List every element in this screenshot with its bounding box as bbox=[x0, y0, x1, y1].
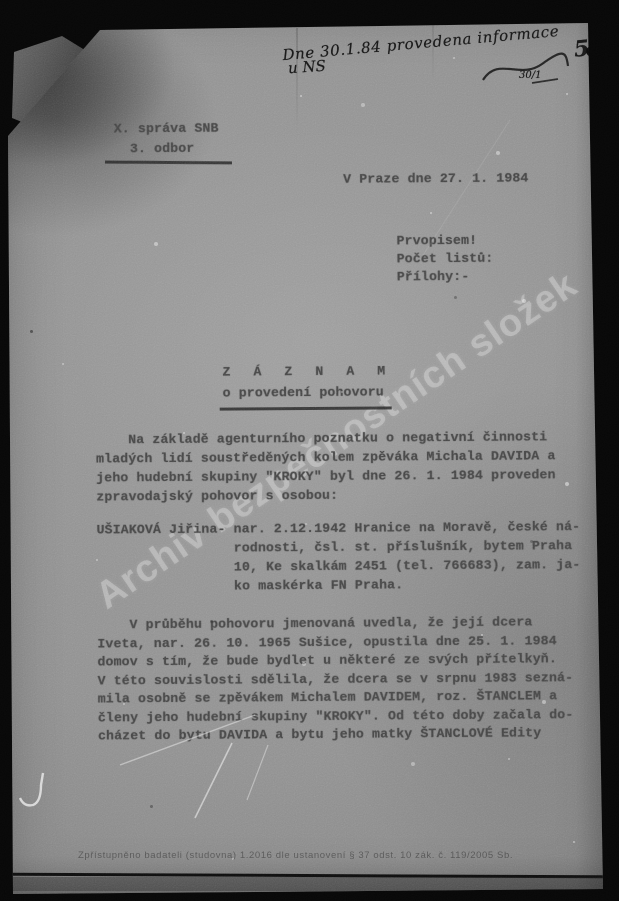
document-subtitle: o provedení pohovoru bbox=[223, 384, 384, 401]
office-line-1: X. správa SNB bbox=[114, 121, 219, 138]
typewritten-content: X. správa SNB 3. odbor V Praze dne 27. 1… bbox=[0, 0, 619, 901]
paragraph-line: rodnosti, čsl. st. příslušník, bytem Pra… bbox=[97, 538, 573, 557]
paragraph-line: ko maskérka FN Praha. bbox=[97, 577, 403, 595]
paragraph-line: V průběhu pohovoru jmenovaná uvedla, že … bbox=[97, 614, 532, 633]
paragraph-line: UŠIAKOVÁ Jiřina- nar. 2.12.1942 Hranice … bbox=[96, 519, 580, 538]
paragraph-line: 10, Ke skalkám 2451 (tel. 766683), zam. … bbox=[97, 557, 581, 576]
paragraph-line: mladých lidí soustředěných kolem zpěváka… bbox=[96, 448, 555, 467]
title-underline bbox=[220, 406, 392, 410]
paper-sheet: Archiv bezpečnostních složek X. správa S… bbox=[0, 0, 619, 901]
place-date-line: V Praze dne 27. 1. 1984 bbox=[343, 170, 528, 187]
handwritten-note-line2: u NS bbox=[287, 57, 326, 78]
page-bottom-shadow bbox=[8, 877, 608, 891]
dark-speckles bbox=[0, 0, 3, 3]
paragraph-line: zpravodajský pohovor s osobou: bbox=[96, 488, 338, 506]
paragraph-line: V této souvislosti sdělila, že dcera se … bbox=[98, 670, 574, 689]
header-underline bbox=[105, 161, 232, 165]
copy-note: Prvopisem! bbox=[396, 233, 477, 250]
paragraph-line: jeho hudební skupiny "KROKY" byl dne 26.… bbox=[96, 467, 555, 486]
scanned-document-page: Archiv bezpečnostních složek X. správa S… bbox=[0, 0, 619, 901]
digitization-note: Zpřístupněno badateli (studovna) 1.2016 … bbox=[78, 850, 513, 862]
paragraph-line: cházet do bytu DAVIDA a bytu jeho matky … bbox=[98, 725, 541, 744]
document-title: Z Á Z N A M bbox=[222, 363, 392, 380]
paragraph-line: Na základě agenturního poznatku o negati… bbox=[96, 429, 547, 448]
paragraph-line: členy jeho hudební skupiny "KROKY". Od t… bbox=[98, 707, 574, 726]
sheet-count-label: Počet listů: bbox=[397, 251, 494, 268]
office-line-2: 3. odbor bbox=[130, 141, 195, 157]
paragraph-line: Iveta, nar. 26. 10. 1965 Sušice, opustil… bbox=[97, 633, 556, 652]
handwritten-signature-date: 30/1 bbox=[519, 70, 541, 81]
paragraph-line: mila osobně se zpěvákem Michalem DAVIDEM… bbox=[98, 688, 557, 707]
attachments-label: Přílohy:- bbox=[397, 269, 470, 286]
white-speckles bbox=[0, 0, 2, 2]
paragraph-line: domov s tím, že bude bydlet u některé ze… bbox=[97, 651, 556, 670]
